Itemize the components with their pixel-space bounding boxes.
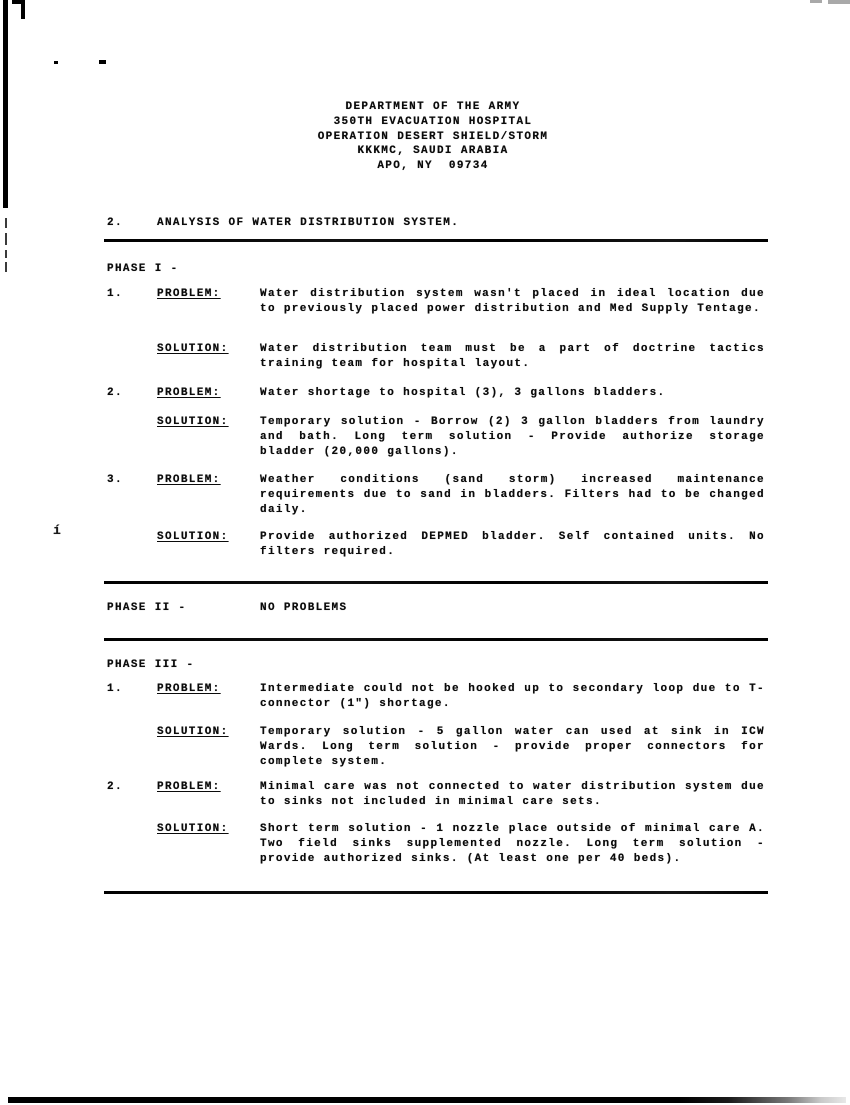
phase1-label: PHASE I - — [107, 262, 260, 277]
problem-text: Minimal care was not connected to water … — [260, 780, 765, 810]
item-number: 3. — [107, 473, 157, 517]
phase1-item1-solution-row: SOLUTION: Water distribution team must b… — [107, 342, 765, 372]
problem-label: PROBLEM: — [157, 288, 221, 300]
scan-bottom-bar — [8, 1097, 846, 1103]
phase3-label-row: PHASE III - — [107, 658, 765, 673]
scan-dash-1 — [5, 218, 7, 228]
problem-text: Weather conditions (sand storm) increase… — [260, 473, 765, 517]
scan-edge-line — [3, 0, 8, 208]
phase2-note: NO PROBLEMS — [260, 601, 347, 616]
solution-text: Temporary solution - 5 gallon water can … — [260, 725, 765, 769]
solution-label: SOLUTION: — [157, 531, 229, 543]
letterhead-line-2: 350TH EVACUATION HOSPITAL — [100, 115, 766, 130]
phase2-label: PHASE II - — [107, 601, 260, 616]
letterhead-line-1: DEPARTMENT OF THE ARMY — [100, 100, 766, 115]
horizontal-rule-1 — [104, 239, 768, 242]
problem-label: PROBLEM: — [157, 387, 221, 399]
item-number: 1. — [107, 287, 157, 317]
letterhead-line-5: APO, NY 09734 — [100, 159, 766, 174]
problem-label: PROBLEM: — [157, 781, 221, 793]
item-number: 2. — [107, 780, 157, 810]
scan-speck-1 — [54, 61, 58, 64]
phase1-item3-problem-row: 3. PROBLEM: Weather conditions (sand sto… — [107, 473, 765, 517]
phase2-label-row: PHASE II - NO PROBLEMS — [107, 601, 765, 616]
horizontal-rule-3 — [104, 638, 768, 641]
horizontal-rule-4 — [104, 891, 768, 894]
phase1-item3-solution-row: SOLUTION: Provide authorized DEPMED blad… — [107, 530, 765, 560]
scan-dash-2 — [5, 233, 7, 245]
scanned-document-page: í DEPARTMENT OF THE ARMY 350TH EVACUATIO… — [0, 0, 850, 1105]
problem-text: Water distribution system wasn't placed … — [260, 287, 765, 317]
letterhead-line-4: KKKMC, SAUDI ARABIA — [100, 144, 766, 159]
phase3-item1-problem-row: 1. PROBLEM: Intermediate could not be ho… — [107, 682, 765, 712]
phase3-label: PHASE III - — [107, 658, 260, 673]
item-number: 2. — [107, 386, 157, 401]
phase1-item2-solution-row: SOLUTION: Temporary solution - Borrow (2… — [107, 415, 765, 459]
solution-text: Temporary solution - Borrow (2) 3 gallon… — [260, 415, 765, 459]
phase3-item1-solution-row: SOLUTION: Temporary solution - 5 gallon … — [107, 725, 765, 769]
solution-label: SOLUTION: — [157, 343, 229, 355]
problem-label: PROBLEM: — [157, 683, 221, 695]
solution-label: SOLUTION: — [157, 823, 229, 835]
solution-label: SOLUTION: — [157, 726, 229, 738]
scan-bracket-mark-side — [21, 3, 25, 19]
scan-smudge-1 — [810, 0, 822, 3]
section-heading-row: 2. ANALYSIS OF WATER DISTRIBUTION SYSTEM… — [107, 216, 765, 231]
phase3-item2-problem-row: 2. PROBLEM: Minimal care was not connect… — [107, 780, 765, 810]
solution-text: Provide authorized DEPMED bladder. Self … — [260, 530, 765, 560]
item-number: 1. — [107, 682, 157, 712]
solution-label: SOLUTION: — [157, 416, 229, 428]
phase3-item2-solution-row: SOLUTION: Short term solution - 1 nozzle… — [107, 822, 765, 866]
horizontal-rule-2 — [104, 581, 768, 584]
phase1-label-row: PHASE I - — [107, 262, 765, 277]
letterhead-line-3: OPERATION DESERT SHIELD/STORM — [100, 130, 766, 145]
solution-text: Water distribution team must be a part o… — [260, 342, 765, 372]
scan-dash-3 — [5, 250, 7, 258]
solution-text: Short term solution - 1 nozzle place out… — [260, 822, 765, 866]
problem-text: Water shortage to hospital (3), 3 gallon… — [260, 386, 765, 401]
stray-ink-mark: í — [53, 524, 62, 539]
scan-dash-4 — [5, 262, 7, 272]
problem-text: Intermediate could not be hooked up to s… — [260, 682, 765, 712]
letterhead: DEPARTMENT OF THE ARMY 350TH EVACUATION … — [100, 100, 766, 174]
section-number: 2. — [107, 216, 157, 231]
scan-smudge-2 — [828, 0, 850, 4]
phase1-item1-problem-row: 1. PROBLEM: Water distribution system wa… — [107, 287, 765, 317]
scan-speck-2 — [99, 60, 106, 64]
section-title: ANALYSIS OF WATER DISTRIBUTION SYSTEM. — [157, 216, 459, 231]
phase1-item2-problem-row: 2. PROBLEM: Water shortage to hospital (… — [107, 386, 765, 401]
problem-label: PROBLEM: — [157, 474, 221, 486]
